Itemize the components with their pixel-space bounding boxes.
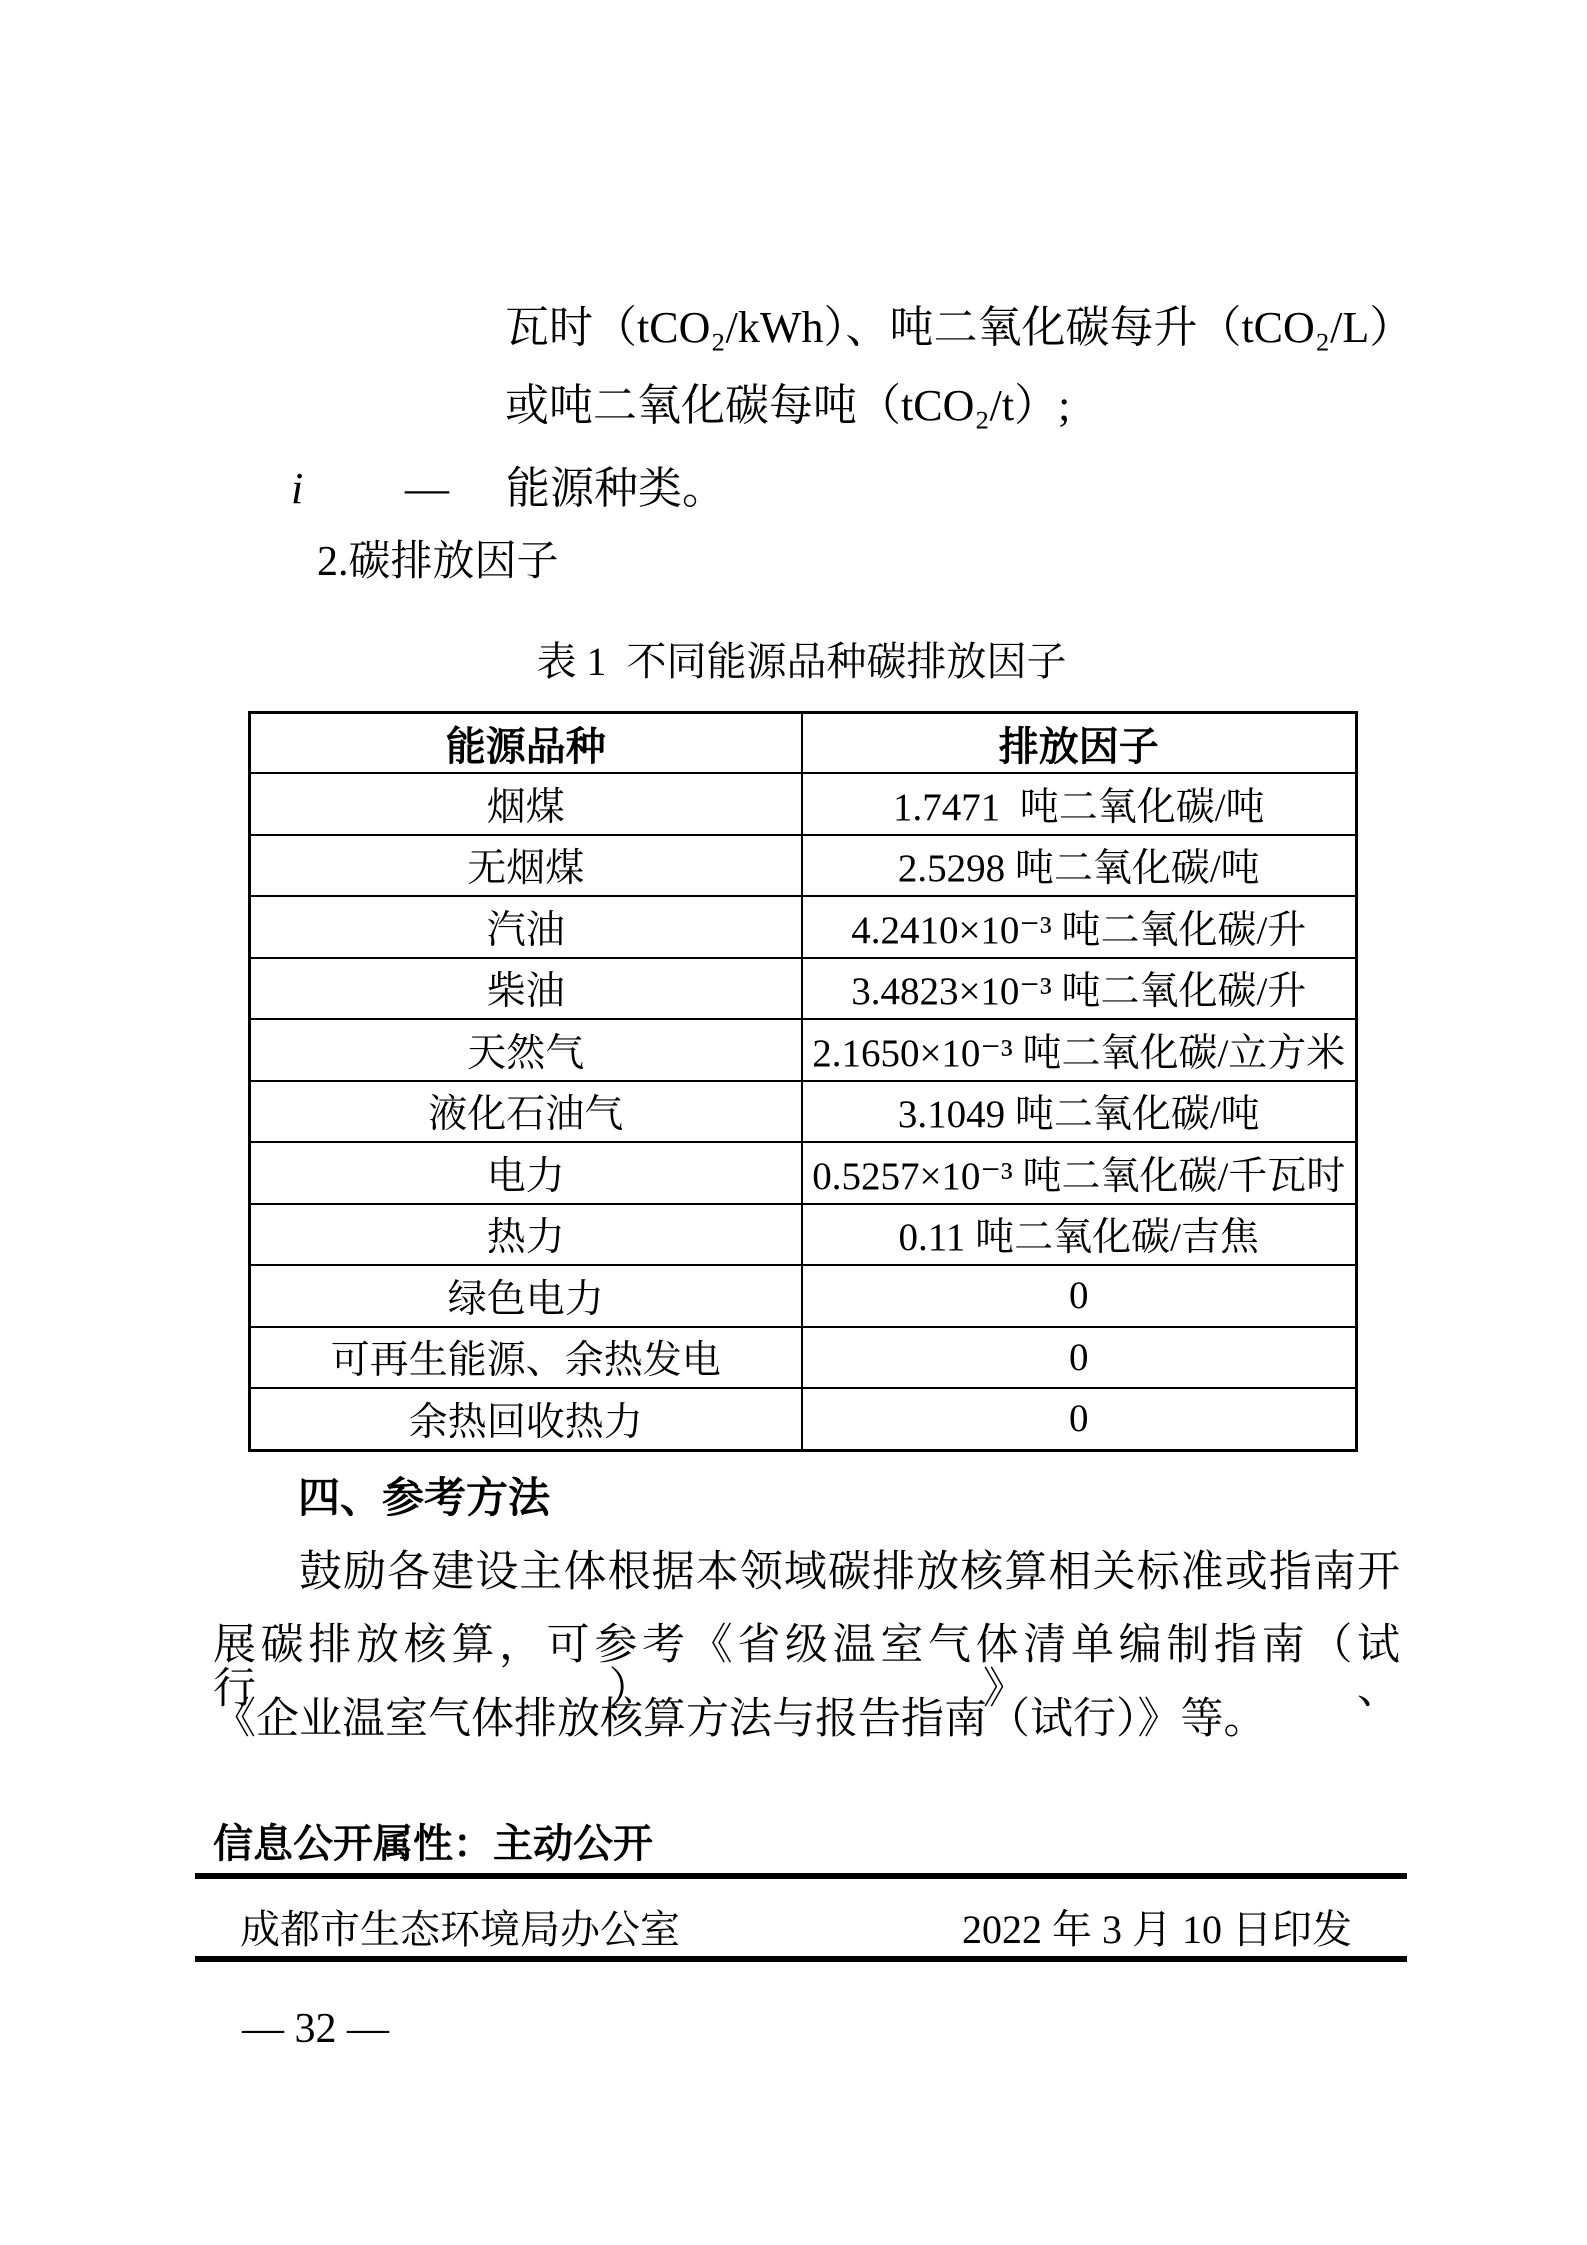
emission-factor-table: 能源品种 排放因子 烟煤1.7471 吨二氧化碳/吨无烟煤2.5298 吨二氧化… (248, 711, 1358, 1452)
emission-factor-cell: 4.2410×10⁻³ 吨二氧化碳/升 (802, 896, 1357, 958)
emission-factor-cell: 1.7471 吨二氧化碳/吨 (802, 773, 1357, 835)
energy-type-cell: 天然气 (250, 1019, 802, 1081)
emission-factor-cell: 0 (802, 1265, 1357, 1327)
energy-type-cell: 电力 (250, 1142, 802, 1204)
issuing-office: 成都市生态环境局办公室 (240, 1910, 680, 1950)
energy-type-cell: 可再生能源、余热发电 (250, 1327, 802, 1389)
definition-continuation-line-1: 瓦时（tCO₂/kWh）、吨二氧化碳每升（tCO₂/L） (505, 306, 1413, 350)
table-header-row: 能源品种 排放因子 (250, 713, 1357, 774)
paragraph-line-1: 鼓励各建设主体根据本领域碳排放核算相关标准或指南开 (213, 1551, 1400, 1595)
table-caption: 表 1 不同能源品种碳排放因子 (248, 642, 1355, 682)
emission-factor-header: 排放因子 (802, 713, 1357, 774)
table-row: 烟煤1.7471 吨二氧化碳/吨 (250, 773, 1357, 835)
table-row: 热力0.11 吨二氧化碳/吉焦 (250, 1204, 1357, 1266)
energy-type-cell: 柴油 (250, 958, 802, 1020)
table-row: 余热回收热力0 (250, 1388, 1357, 1450)
page-number: — 32 — (242, 2008, 389, 2050)
emission-table-body: 烟煤1.7471 吨二氧化碳/吨无烟煤2.5298 吨二氧化碳/吨汽油4.241… (250, 773, 1357, 1450)
energy-type-cell: 热力 (250, 1204, 802, 1266)
energy-type-cell: 无烟煤 (250, 835, 802, 897)
energy-type-cell: 绿色电力 (250, 1265, 802, 1327)
emission-factor-cell: 3.1049 吨二氧化碳/吨 (802, 1081, 1357, 1143)
energy-type-header: 能源品种 (250, 713, 802, 774)
emission-factor-table-wrap: 能源品种 排放因子 烟煤1.7471 吨二氧化碳/吨无烟煤2.5298 吨二氧化… (248, 711, 1355, 1452)
table-row: 可再生能源、余热发电0 (250, 1327, 1357, 1389)
print-date: 2022 年 3 月 10 日印发 (962, 1910, 1352, 1950)
table-row: 液化石油气3.1049 吨二氧化碳/吨 (250, 1081, 1357, 1143)
symbol-i: i (291, 467, 303, 511)
symbol-description: 能源种类。 (506, 467, 726, 511)
energy-type-cell: 液化石油气 (250, 1081, 802, 1143)
section-4-heading: 四、参考方法 (298, 1477, 550, 1519)
energy-type-cell: 余热回收热力 (250, 1388, 802, 1450)
emission-factor-cell: 0.11 吨二氧化碳/吉焦 (802, 1204, 1357, 1266)
footer-rule-bottom (195, 1956, 1407, 1962)
section-2-heading: 2.碳排放因子 (317, 541, 559, 583)
emission-factor-cell: 0.5257×10⁻³ 吨二氧化碳/千瓦时 (802, 1142, 1357, 1204)
table-row: 柴油3.4823×10⁻³ 吨二氧化碳/升 (250, 958, 1357, 1020)
energy-type-cell: 烟煤 (250, 773, 802, 835)
emission-factor-cell: 0 (802, 1388, 1357, 1450)
table-row: 绿色电力0 (250, 1265, 1357, 1327)
symbol-dash: — (405, 467, 449, 511)
footer-rule-top (195, 1873, 1407, 1879)
emission-factor-cell: 2.1650×10⁻³ 吨二氧化碳/立方米 (802, 1019, 1357, 1081)
table-row: 天然气2.1650×10⁻³ 吨二氧化碳/立方米 (250, 1019, 1357, 1081)
table-row: 电力0.5257×10⁻³ 吨二氧化碳/千瓦时 (250, 1142, 1357, 1204)
emission-factor-cell: 2.5298 吨二氧化碳/吨 (802, 835, 1357, 897)
table-row: 汽油4.2410×10⁻³ 吨二氧化碳/升 (250, 896, 1357, 958)
document-page: 瓦时（tCO₂/kWh）、吨二氧化碳每升（tCO₂/L） 或吨二氧化碳每吨（tC… (0, 0, 1587, 2245)
emission-factor-cell: 0 (802, 1327, 1357, 1389)
paragraph-line-3: 《企业温室气体排放核算方法与报告指南（试行）》等。 (213, 1698, 1400, 1742)
energy-type-cell: 汽油 (250, 896, 802, 958)
emission-factor-cell: 3.4823×10⁻³ 吨二氧化碳/升 (802, 958, 1357, 1020)
table-row: 无烟煤2.5298 吨二氧化碳/吨 (250, 835, 1357, 897)
definition-continuation-line-2: 或吨二氧化碳每吨（tCO₂/t）; (505, 384, 1070, 428)
disclosure-attribute-label: 信息公开属性：主动公开 (213, 1824, 653, 1864)
